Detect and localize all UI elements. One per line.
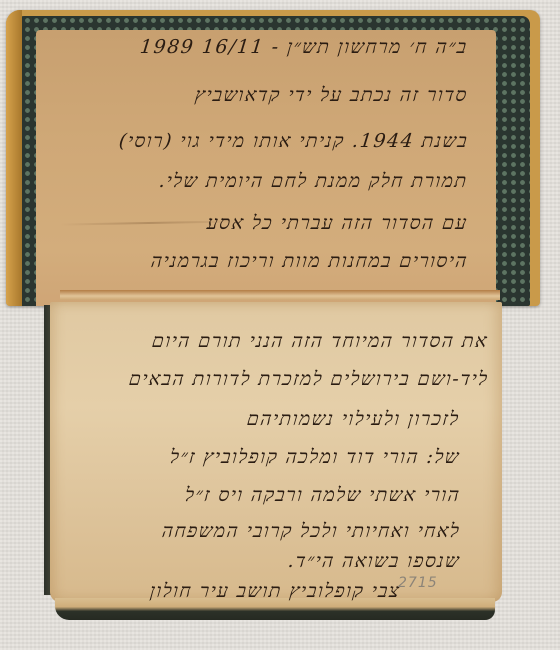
bottom-line-2: ליד-ושם בירושלים למזכרת לדורות הבאים	[127, 368, 489, 391]
top-line-3: בשנת 1944. קניתי אותו מידי גוי (רוסי)	[118, 130, 470, 153]
bottom-line-5: הורי אשתי שלמה ורבקה ויס ז״ל	[183, 484, 461, 507]
top-line-2: סדור זה נכתב על ידי קדאושביץ	[194, 84, 469, 107]
signature-line: צבי קופלוביץ תושב עיר חולון	[148, 580, 401, 603]
page-fold	[60, 290, 500, 300]
cover-edge	[6, 10, 22, 306]
bottom-line-6: לאחי ואחיותי ולכל קרובי המשפחה	[161, 520, 462, 543]
bottom-line-7: שנספו בשואה הי״ד.	[287, 550, 461, 573]
catalog-number: 2715	[398, 575, 438, 591]
top-line-6: היסורים במחנות מוות וריכוז בגרמניה	[150, 250, 469, 273]
top-line-5: עם הסדור הזה עברתי כל אסע	[206, 212, 469, 235]
bottom-line-3: לזכרון ולעילוי נשמותיהם	[246, 408, 461, 431]
date-line: ב״ה ח׳ מרחשון תש״ן - 16/11 1989	[139, 36, 469, 59]
top-line-4: תמורת חלק ממנת לחם היומית שלי.	[158, 170, 469, 193]
bottom-line-1: את הסדור המיוחד הזה הנני תורם היום	[151, 330, 489, 353]
bottom-line-4: של: הורי דוד ומלכה קופלוביץ ז״ל	[169, 446, 461, 469]
